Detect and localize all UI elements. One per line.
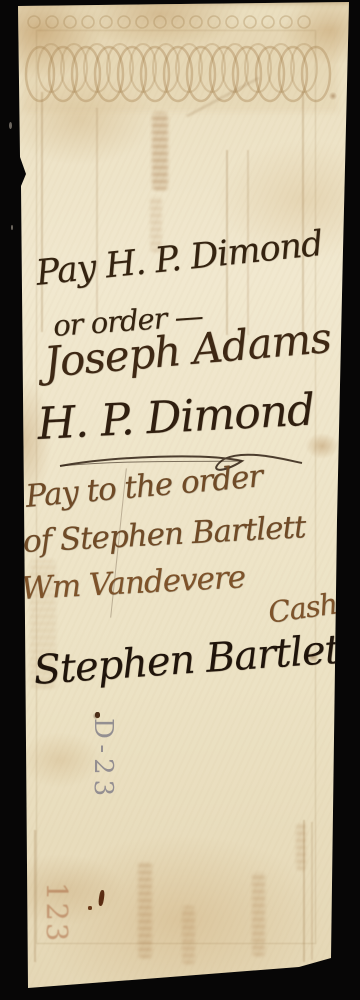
showthrough-print-smudge: [152, 112, 168, 190]
showthrough-rule-line: [302, 92, 304, 337]
showthrough-print-smudge: [182, 906, 195, 964]
check-back-paper: Pay H. P. Dimond or order — Joseph Adams…: [0, 0, 360, 1000]
showthrough-rule-line: [311, 822, 313, 960]
dust-speck: [11, 225, 13, 230]
ink-speck: [88, 906, 92, 910]
showthrough-rule-line: [41, 92, 43, 332]
dust-speck: [9, 122, 12, 129]
showthrough-print-smudge: [296, 824, 306, 870]
showthrough-print-smudge: [138, 862, 152, 958]
showthrough-check-number: 123: [40, 882, 74, 943]
showthrough-print-smudge: [252, 872, 265, 956]
ink-speck: [95, 712, 100, 718]
showthrough-rule-line: [34, 830, 36, 962]
pencil-notation: D-23: [88, 718, 118, 801]
scanned-check-back: Pay H. P. Dimond or order — Joseph Adams…: [0, 0, 360, 1000]
